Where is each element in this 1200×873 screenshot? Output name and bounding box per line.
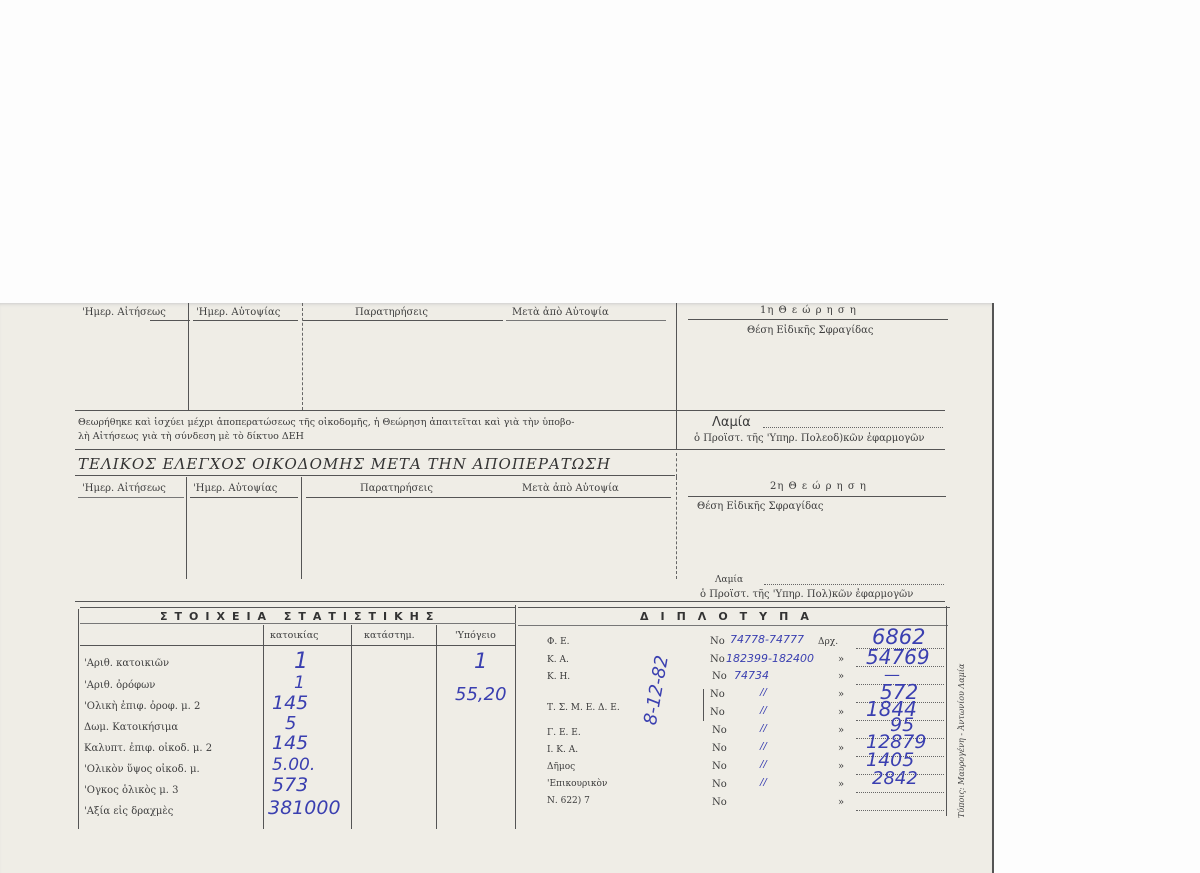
- ditto-mark: //: [760, 759, 767, 770]
- ditto-mark: //: [760, 705, 767, 716]
- handwritten-value: 145: [272, 732, 308, 754]
- statistics-title: ΣΤΟΙΧΕΙΑ ΣΤΑΤΙΣΤΙΚΗΣ: [160, 610, 440, 623]
- stat-row-label: 'Αξία εἰς δραχμὲς: [84, 806, 173, 817]
- header-remarks: Παρατηρήσεις: [360, 483, 433, 494]
- no-prefix: No: [712, 797, 727, 808]
- ditto-quote: »: [838, 761, 844, 772]
- handwritten-value: 5: [285, 713, 296, 734]
- second-endorsement-title: 2η Θ ε ώ ρ η σ η: [770, 481, 867, 492]
- no-prefix: No: [712, 671, 727, 682]
- bracket: [703, 689, 704, 721]
- column-divider: [188, 303, 189, 410]
- column-divider: [676, 411, 677, 449]
- rule: [80, 623, 516, 624]
- stat-row-label: 'Ολικὴ ἐπιφ. ὀροφ. μ. 2: [84, 701, 200, 712]
- header-after-inspection: Μετὰ ἀπὸ Αὐτοψία: [522, 483, 619, 494]
- rule: [306, 497, 671, 498]
- no-prefix: No: [710, 636, 725, 647]
- ditto-quote: »: [838, 707, 844, 718]
- column-divider: [302, 303, 303, 410]
- city-label: Λαμία: [712, 415, 751, 430]
- rule: [506, 320, 666, 321]
- printer-imprint: Τύποις: Μαυρογένη - Ἀντωνίου Λαμία: [957, 664, 966, 818]
- handwritten-value: 1: [294, 673, 305, 693]
- receipts-title: ΔΙΠΛΟΤΥΠΑ: [640, 610, 821, 623]
- rule: [75, 475, 675, 476]
- ditto-mark: //: [760, 687, 767, 698]
- amount-line: [856, 792, 944, 793]
- ditto-quote: »: [838, 654, 844, 665]
- handwritten-value: 1: [294, 649, 308, 674]
- header-remarks: Παρατηρήσεις: [355, 307, 428, 318]
- column-divider: [436, 625, 437, 829]
- signature-line: [763, 427, 943, 428]
- no-prefix: No: [712, 761, 727, 772]
- col-header-residence: κατοικίας: [270, 630, 318, 641]
- ditto-quote: »: [838, 671, 844, 682]
- ditto-mark: //: [760, 723, 767, 734]
- rule: [78, 497, 184, 498]
- ditto-quote: »: [838, 743, 844, 754]
- rule: [193, 320, 298, 321]
- handwritten-value: 145: [272, 692, 308, 714]
- no-prefix: No: [710, 654, 725, 665]
- rule: [75, 410, 945, 411]
- table-border: [78, 609, 79, 829]
- receipt-label: Φ. Ε.: [547, 637, 570, 647]
- special-stamp-label: Θέση Εἰδικῆς Σφραγίδας: [697, 501, 824, 512]
- special-stamp-label: Θέση Εἰδικῆς Σφραγίδας: [747, 325, 874, 336]
- col-header-basement: 'Υπόγειο: [455, 630, 496, 641]
- ditto-quote: »: [838, 797, 844, 808]
- signatory-title: ὁ Προϊστ. τῆς 'Υπηρ. Πολεοδ)κῶν ἐφαρμογῶ…: [694, 433, 925, 444]
- col-header-shop: κατάστημ.: [364, 630, 415, 641]
- header-application-date: 'Ημερ. Αἰτήσεως: [82, 307, 166, 318]
- stat-row-label: Δωμ. Κατοικήσιμα: [84, 722, 178, 733]
- no-prefix: No: [712, 725, 727, 736]
- header-inspection-date: 'Ημερ. Αὐτοψίας: [196, 307, 280, 318]
- signatory-title: ὁ Προϊστ. τῆς 'Υπηρ. Πολ)κῶν ἐφαρμογῶν: [700, 589, 913, 600]
- stat-row-label: 'Αριθ. ὀρόφων: [84, 680, 155, 691]
- receipt-label: Γ. Ε. Ε.: [547, 728, 581, 738]
- final-inspection-title: ΤΕΛΙΚΟΣ ΕΛΕΓΧΟΣ ΟΙΚΟΔΟΜΗΣ ΜΕΤΑ ΤΗΝ ΑΠΟΠΕ…: [78, 455, 611, 473]
- city-label: Λαμία: [715, 575, 743, 585]
- header-after-inspection: Μετὰ ἀπὸ Αὐτοψία: [512, 307, 609, 318]
- first-endorsement-title: 1η Θ ε ώ ρ η σ η: [760, 305, 857, 316]
- column-divider: [301, 477, 302, 579]
- rule: [80, 645, 516, 646]
- receipt-label: Δῆμος: [547, 762, 575, 772]
- signature-line: [764, 584, 944, 585]
- rule: [190, 497, 298, 498]
- document-page: 'Ημερ. Αἰτήσεως 'Ημερ. Αὐτοψίας Παρατηρή…: [0, 303, 994, 873]
- validity-note-line2: λὴ Αἰτήσεως γιὰ τὴ σύνδεση μὲ τὸ δίκτυο …: [78, 431, 304, 442]
- ditto-quote: »: [838, 725, 844, 736]
- no-prefix: No: [712, 743, 727, 754]
- rule: [518, 607, 950, 608]
- ditto-mark: //: [760, 777, 767, 788]
- rule: [75, 449, 945, 450]
- column-divider: [351, 625, 352, 829]
- handwritten-value: 55,20: [455, 684, 507, 705]
- handwritten-receipt-number: 182399-182400: [726, 652, 814, 665]
- currency-label: Δρχ.: [818, 637, 838, 647]
- validity-note-line1: Θεωρήθηκε καὶ ἰσχύει μέχρι ἀποπερατώσεως…: [78, 417, 574, 428]
- rule: [75, 601, 945, 602]
- header-inspection-date: 'Ημερ. Αὐτοψίας: [193, 483, 277, 494]
- header-application-date: 'Ημερ. Αἰτήσεως: [82, 483, 166, 494]
- ditto-quote: »: [838, 689, 844, 700]
- rule: [688, 319, 948, 320]
- column-divider: [263, 625, 264, 829]
- handwritten-amount: 2842: [872, 768, 918, 789]
- handwritten-value: 573: [272, 774, 308, 796]
- stat-row-label: 'Ογκος ὁλικὸς μ. 3: [84, 785, 179, 796]
- amount-line: [856, 810, 944, 811]
- handwritten-date: 8-12-82: [640, 654, 673, 727]
- ditto-quote: »: [838, 779, 844, 790]
- table-border: [515, 605, 516, 829]
- receipt-label: Τ. Σ. Μ. Ε. Δ. Ε.: [547, 703, 620, 713]
- no-prefix: No: [710, 707, 725, 718]
- no-prefix: No: [710, 689, 725, 700]
- rule: [303, 320, 503, 321]
- receipt-label: Ν. 622) 7: [547, 796, 590, 806]
- rule: [80, 607, 516, 608]
- column-divider: [676, 453, 677, 477]
- ditto-mark: //: [760, 741, 767, 752]
- stat-row-label: 'Αριθ. κατοικιῶν: [84, 658, 169, 669]
- stat-row-label: Καλυπτ. ἐπιφ. οἰκοδ. μ. 2: [84, 743, 212, 754]
- rule: [150, 320, 190, 321]
- handwritten-value: 1: [474, 649, 487, 673]
- receipt-label: Κ. Η.: [547, 672, 570, 682]
- column-divider: [186, 477, 187, 579]
- no-prefix: No: [712, 779, 727, 790]
- handwritten-receipt-number: 74734: [734, 669, 769, 682]
- stat-row-label: 'Ολικὸν ὕψος οἰκοδ. μ.: [84, 764, 200, 775]
- column-divider: [676, 477, 677, 579]
- rule: [688, 496, 946, 497]
- receipt-label: 'Επικουρικὸν: [547, 779, 607, 789]
- handwritten-value: 381000: [268, 797, 341, 819]
- handwritten-value: 5.00.: [272, 755, 315, 775]
- handwritten-receipt-number: 74778-74777: [730, 633, 804, 646]
- column-divider: [676, 303, 677, 410]
- receipt-label: Ι. Κ. Α.: [547, 745, 578, 755]
- table-border: [946, 606, 947, 816]
- receipt-label: Κ. Α.: [547, 655, 569, 665]
